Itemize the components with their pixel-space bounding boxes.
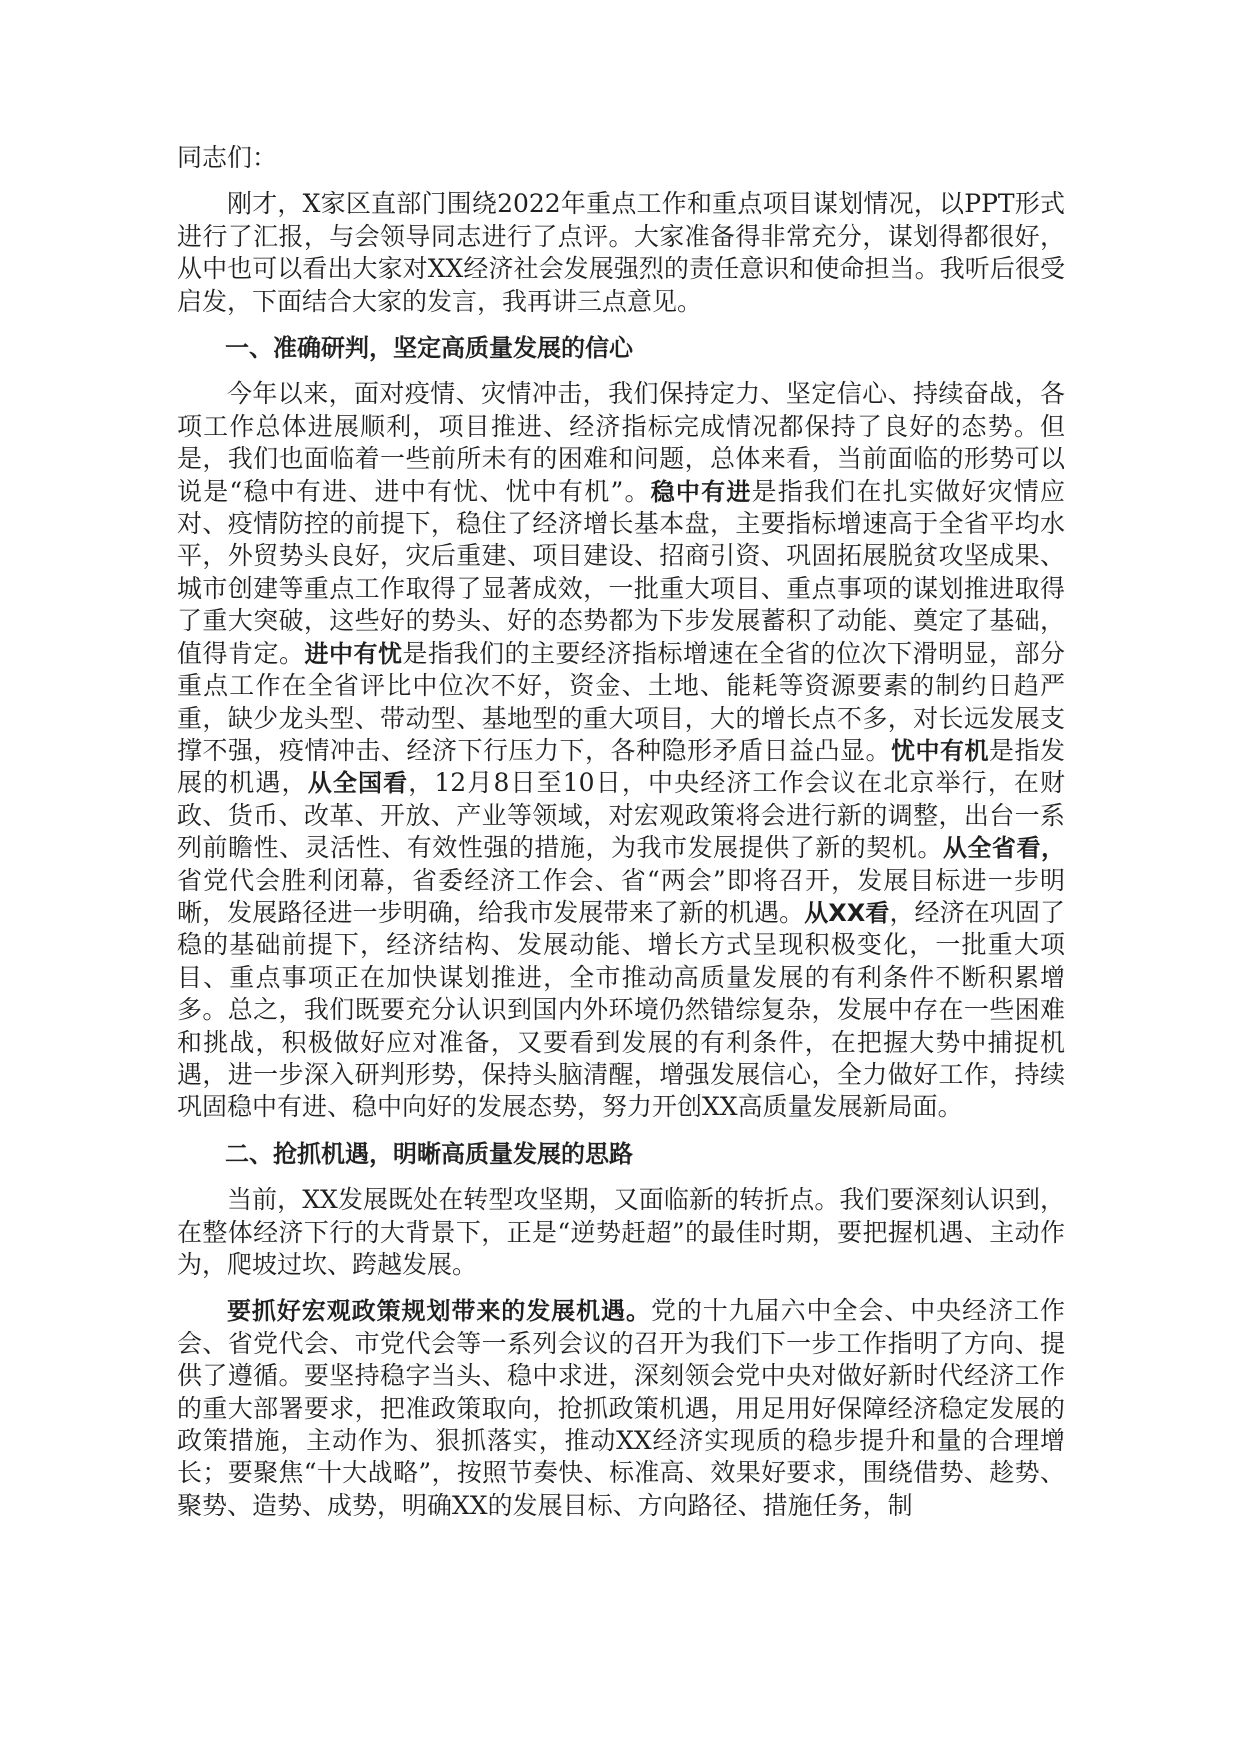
bold-phrase: 从全国看: [308, 769, 409, 797]
bold-phrase: 从全省看，: [943, 834, 1065, 862]
intro-paragraph: 刚才，X家区直部门围绕2022年重点工作和重点项目谋划情况，以PPT形式进行了汇…: [177, 188, 1065, 318]
section-2-paragraph-1: 当前，XX发展既处在转型攻坚期，又面临新的转折点。我们要深刻认识到，在整体经济下…: [177, 1184, 1065, 1281]
section-2-paragraph-2: 要抓好宏观政策规划带来的发展机遇。党的十九届六中全会、中央经济工作会、省党代会、…: [177, 1295, 1065, 1522]
bold-phrase: 稳中有进: [651, 478, 752, 506]
document-page: 同志们： 刚才，X家区直部门围绕2022年重点工作和重点项目谋划情况，以PPT形…: [177, 142, 1065, 1522]
section-1-heading: 一、准确研判，坚定高质量发展的信心: [177, 332, 1065, 364]
salutation: 同志们：: [177, 142, 1065, 174]
bold-phrase: 忧中有机: [891, 737, 989, 765]
section-2-heading: 二、抢抓机遇，明晰高质量发展的思路: [177, 1138, 1065, 1170]
section-1-paragraph: 今年以来，面对疫情、灾情冲击，我们保持定力、坚定信心、持续奋战，各项工作总体进展…: [177, 378, 1065, 1123]
bold-phrase: 从XX看: [804, 899, 889, 927]
bold-lead: 要抓好宏观政策规划带来的发展机遇。: [227, 1297, 651, 1325]
bold-phrase: 进中有忧: [305, 640, 403, 668]
